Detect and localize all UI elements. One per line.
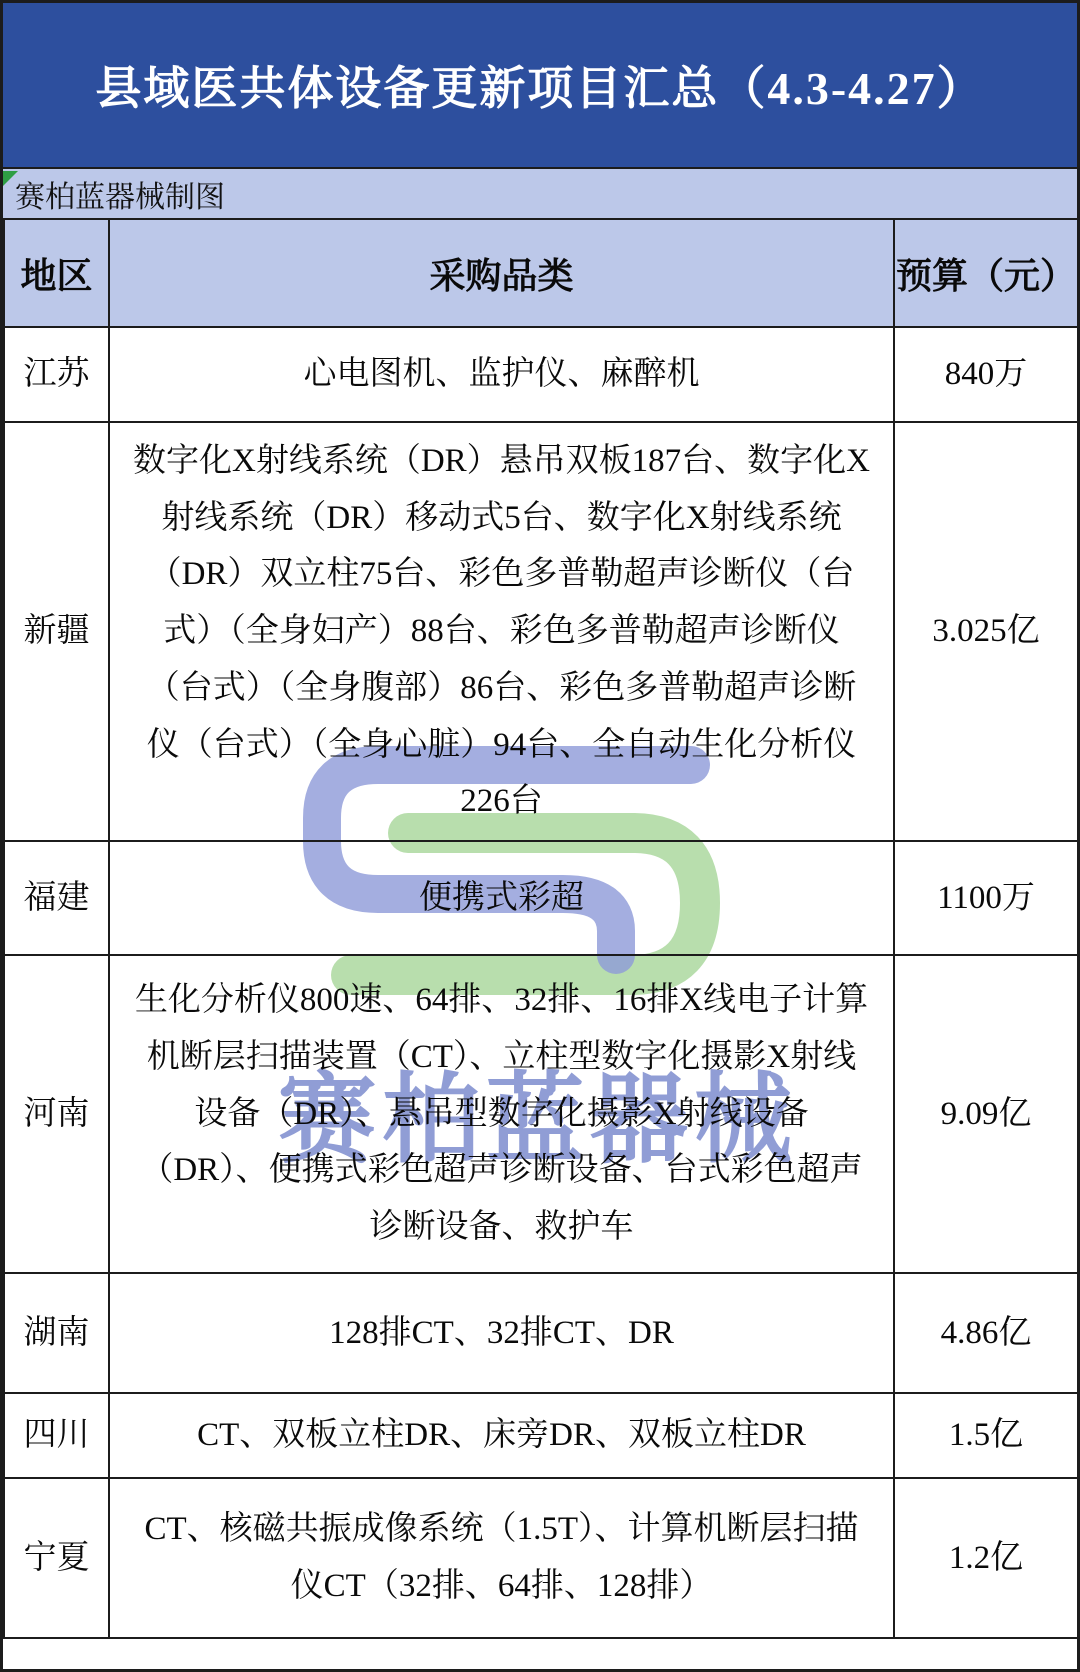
region-cell: 湖南 [4, 1273, 109, 1393]
budget-cell: 840万 [894, 327, 1078, 422]
items-cell: 数字化X射线系统（DR）悬吊双板187台、数字化X射线系统（DR）移动式5台、数… [109, 422, 894, 841]
table-row: 福建 便携式彩超 1100万 [4, 841, 1078, 955]
table-row: 湖南 128排CT、32排CT、DR 4.86亿 [4, 1273, 1078, 1393]
budget-cell: 4.86亿 [894, 1273, 1078, 1393]
table-row: 河南 生化分析仪800速、64排、32排、16排X线电子计算机断层扫描装置（CT… [4, 955, 1078, 1273]
credit-bar: 赛柏蓝器械制图 [3, 167, 1077, 218]
table-row: 宁夏 CT、核磁共振成像系统（1.5T）、计算机断层扫描仪CT（32排、64排、… [4, 1478, 1078, 1638]
budget-cell: 1100万 [894, 841, 1078, 955]
title-banner: 县域医共体设备更新项目汇总（4.3-4.27） [3, 3, 1077, 167]
region-cell: 宁夏 [4, 1478, 109, 1638]
items-cell: CT、核磁共振成像系统（1.5T）、计算机断层扫描仪CT（32排、64排、128… [109, 1478, 894, 1638]
budget-cell: 1.2亿 [894, 1478, 1078, 1638]
corner-triangle-icon [3, 171, 18, 186]
region-cell: 四川 [4, 1393, 109, 1478]
budget-cell: 9.09亿 [894, 955, 1078, 1273]
table-row: 江苏 心电图机、监护仪、麻醉机 840万 [4, 327, 1078, 422]
table-row: 四川 CT、双板立柱DR、床旁DR、双板立柱DR 1.5亿 [4, 1393, 1078, 1478]
table-row: 新疆 数字化X射线系统（DR）悬吊双板187台、数字化X射线系统（DR）移动式5… [4, 422, 1078, 841]
budget-cell: 1.5亿 [894, 1393, 1078, 1478]
items-cell: 心电图机、监护仪、麻醉机 [109, 327, 894, 422]
procurement-table: 地区 采购品类 预算（元） 江苏 心电图机、监护仪、麻醉机 840万 新疆 数字… [3, 218, 1079, 1639]
page-title: 县域医共体设备更新项目汇总（4.3-4.27） [95, 52, 984, 118]
region-cell: 河南 [4, 955, 109, 1273]
col-header-budget: 预算（元） [894, 219, 1078, 327]
items-cell: 便携式彩超 [109, 841, 894, 955]
items-cell: CT、双板立柱DR、床旁DR、双板立柱DR [109, 1393, 894, 1478]
col-header-category: 采购品类 [109, 219, 894, 327]
budget-cell: 3.025亿 [894, 422, 1078, 841]
credit-label: 赛柏蓝器械制图 [15, 172, 225, 216]
region-cell: 福建 [4, 841, 109, 955]
region-cell: 江苏 [4, 327, 109, 422]
col-header-region: 地区 [4, 219, 109, 327]
infographic-page: 县域医共体设备更新项目汇总（4.3-4.27） 赛柏蓝器械制图 赛柏蓝器械 地区… [0, 0, 1080, 1672]
items-cell: 生化分析仪800速、64排、32排、16排X线电子计算机断层扫描装置（CT）、立… [109, 955, 894, 1273]
items-cell: 128排CT、32排CT、DR [109, 1273, 894, 1393]
region-cell: 新疆 [4, 422, 109, 841]
table-header-row: 地区 采购品类 预算（元） [4, 219, 1078, 327]
